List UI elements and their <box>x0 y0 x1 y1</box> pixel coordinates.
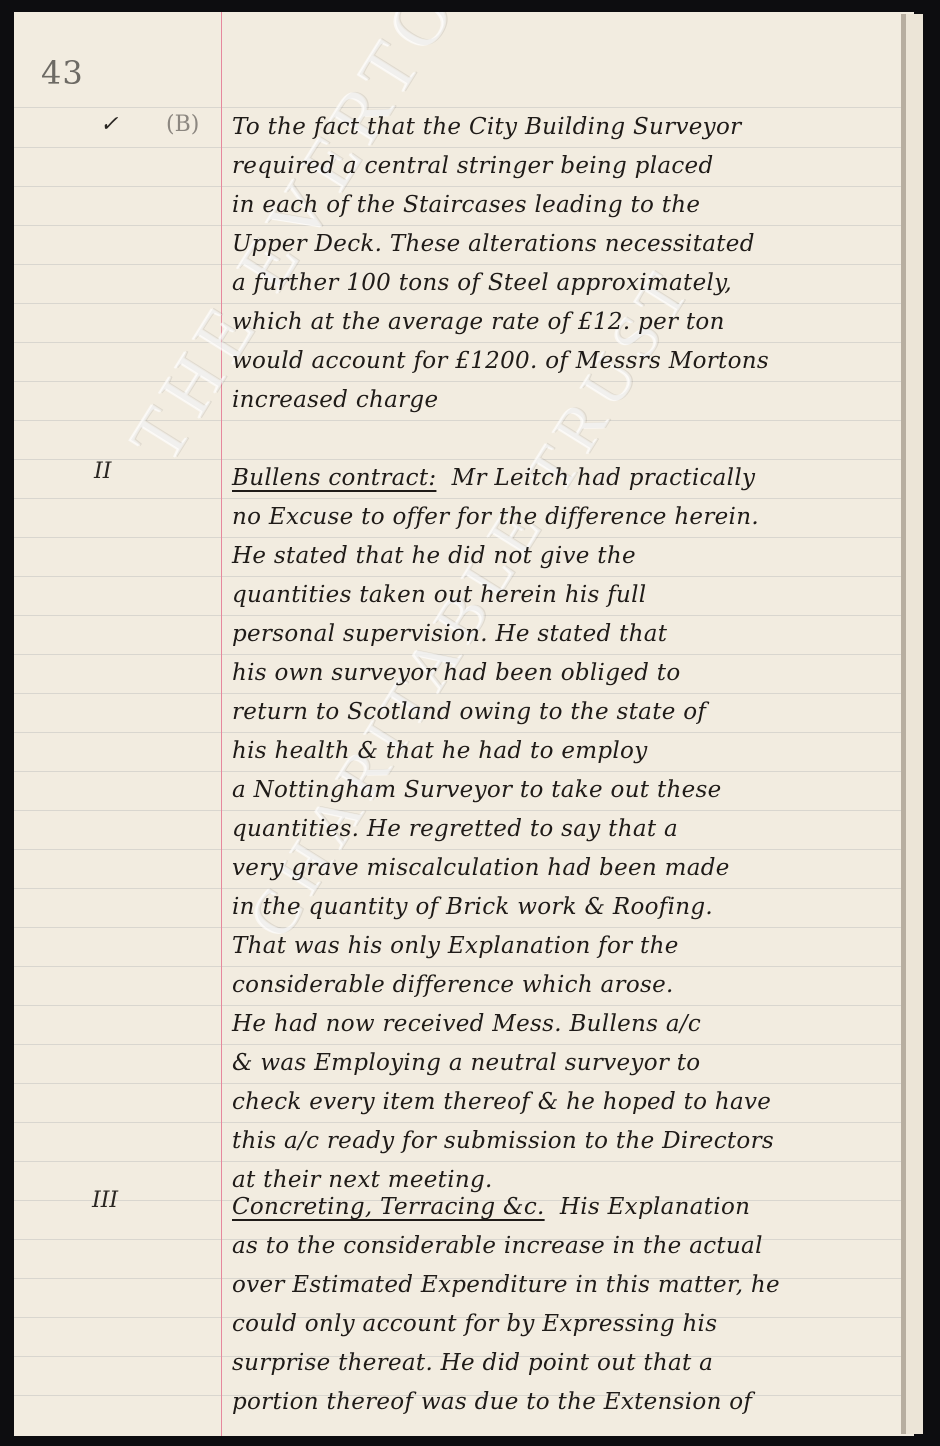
ruled-line <box>14 186 914 187</box>
text-line: his health & that he had to employ <box>232 738 648 764</box>
text-line: a Nottingham Surveyor to take out these <box>232 777 722 803</box>
ruled-line <box>14 264 914 265</box>
text-line: over Estimated Expenditure in this matte… <box>232 1272 780 1298</box>
text-line: as to the considerable increase in the a… <box>232 1233 763 1259</box>
page-number: 43 <box>41 54 84 92</box>
text-line: very grave miscalculation had been made <box>232 855 730 881</box>
text-line: Bullens contract: Mr Leitch had practica… <box>232 465 755 491</box>
ruled-line <box>14 732 914 733</box>
ruled-line <box>14 459 914 460</box>
text-line: portion thereof was due to the Extension… <box>232 1389 752 1415</box>
text-line: in each of the Staircases leading to the <box>232 192 700 218</box>
page-edge <box>901 14 923 1434</box>
ruled-line <box>14 498 914 499</box>
section-numeral: III <box>92 1188 118 1213</box>
text-line: & was Employing a neutral surveyor to <box>232 1050 700 1076</box>
ruled-line <box>14 303 914 304</box>
ruled-line <box>14 888 914 889</box>
text-line: could only account for by Expressing his <box>232 1311 717 1337</box>
text-line: required a central stringer being placed <box>232 153 713 179</box>
text-line: this a/c ready for submission to the Dir… <box>232 1128 774 1154</box>
ruled-line <box>14 225 914 226</box>
ruled-line <box>14 810 914 811</box>
ruled-line <box>14 966 914 967</box>
ruled-line <box>14 927 914 928</box>
text-line: increased charge <box>232 387 438 413</box>
text-line: check every item thereof & he hoped to h… <box>232 1089 771 1115</box>
ruled-line <box>14 1083 914 1084</box>
text-line: in the quantity of Brick work & Roofing. <box>232 894 713 920</box>
text-line: his own surveyor had been obliged to <box>232 660 680 686</box>
ruled-line <box>14 537 914 538</box>
text-line: He had now received Mess. Bullens a/c <box>232 1011 701 1037</box>
text-line: at their next meeting. <box>232 1167 493 1193</box>
section-label: (B) <box>166 112 199 137</box>
ruled-line <box>14 849 914 850</box>
section-heading: Bullens contract: <box>232 465 436 491</box>
ruled-line <box>14 342 914 343</box>
ruled-line <box>14 1161 914 1162</box>
text-line: would account for £1200. of Messrs Morto… <box>232 348 769 374</box>
ruled-line <box>14 1044 914 1045</box>
ruled-line <box>14 693 914 694</box>
tick-mark-icon: ✓ <box>100 112 118 137</box>
text-line: a further 100 tons of Steel approximatel… <box>232 270 732 296</box>
ruled-line <box>14 147 914 148</box>
margin-line <box>221 12 222 1436</box>
text-line: surprise thereat. He did point out that … <box>232 1350 713 1376</box>
text-line: which at the average rate of £12. per to… <box>232 309 725 335</box>
text-span: Mr Leitch had practically <box>452 465 756 491</box>
text-line: Upper Deck. These alterations necessitat… <box>232 231 755 257</box>
text-line: To the fact that the City Building Surve… <box>232 114 741 140</box>
text-line: He stated that he did not give the <box>232 543 636 569</box>
text-line: Concreting, Terracing &c. His Explanatio… <box>232 1194 750 1220</box>
section-heading: Concreting, Terracing &c. <box>232 1194 545 1220</box>
text-line: personal supervision. He stated that <box>232 621 667 647</box>
ledger-page: THE EVERTON COLLECTION CHARITABLE TRUST … <box>14 12 914 1436</box>
ruled-line <box>14 771 914 772</box>
text-line: quantities taken out herein his full <box>232 582 646 608</box>
text-line: quantities. He regretted to say that a <box>232 816 678 842</box>
ruled-line <box>14 1122 914 1123</box>
section-numeral: II <box>94 459 111 484</box>
text-line: considerable difference which arose. <box>232 972 674 998</box>
text-span: His Explanation <box>560 1194 750 1220</box>
ruled-line <box>14 107 914 108</box>
text-line: return to Scotland owing to the state of <box>232 699 706 725</box>
ruled-line <box>14 1005 914 1006</box>
text-line: no Excuse to offer for the difference he… <box>232 504 759 530</box>
text-line: That was his only Explanation for the <box>232 933 679 959</box>
